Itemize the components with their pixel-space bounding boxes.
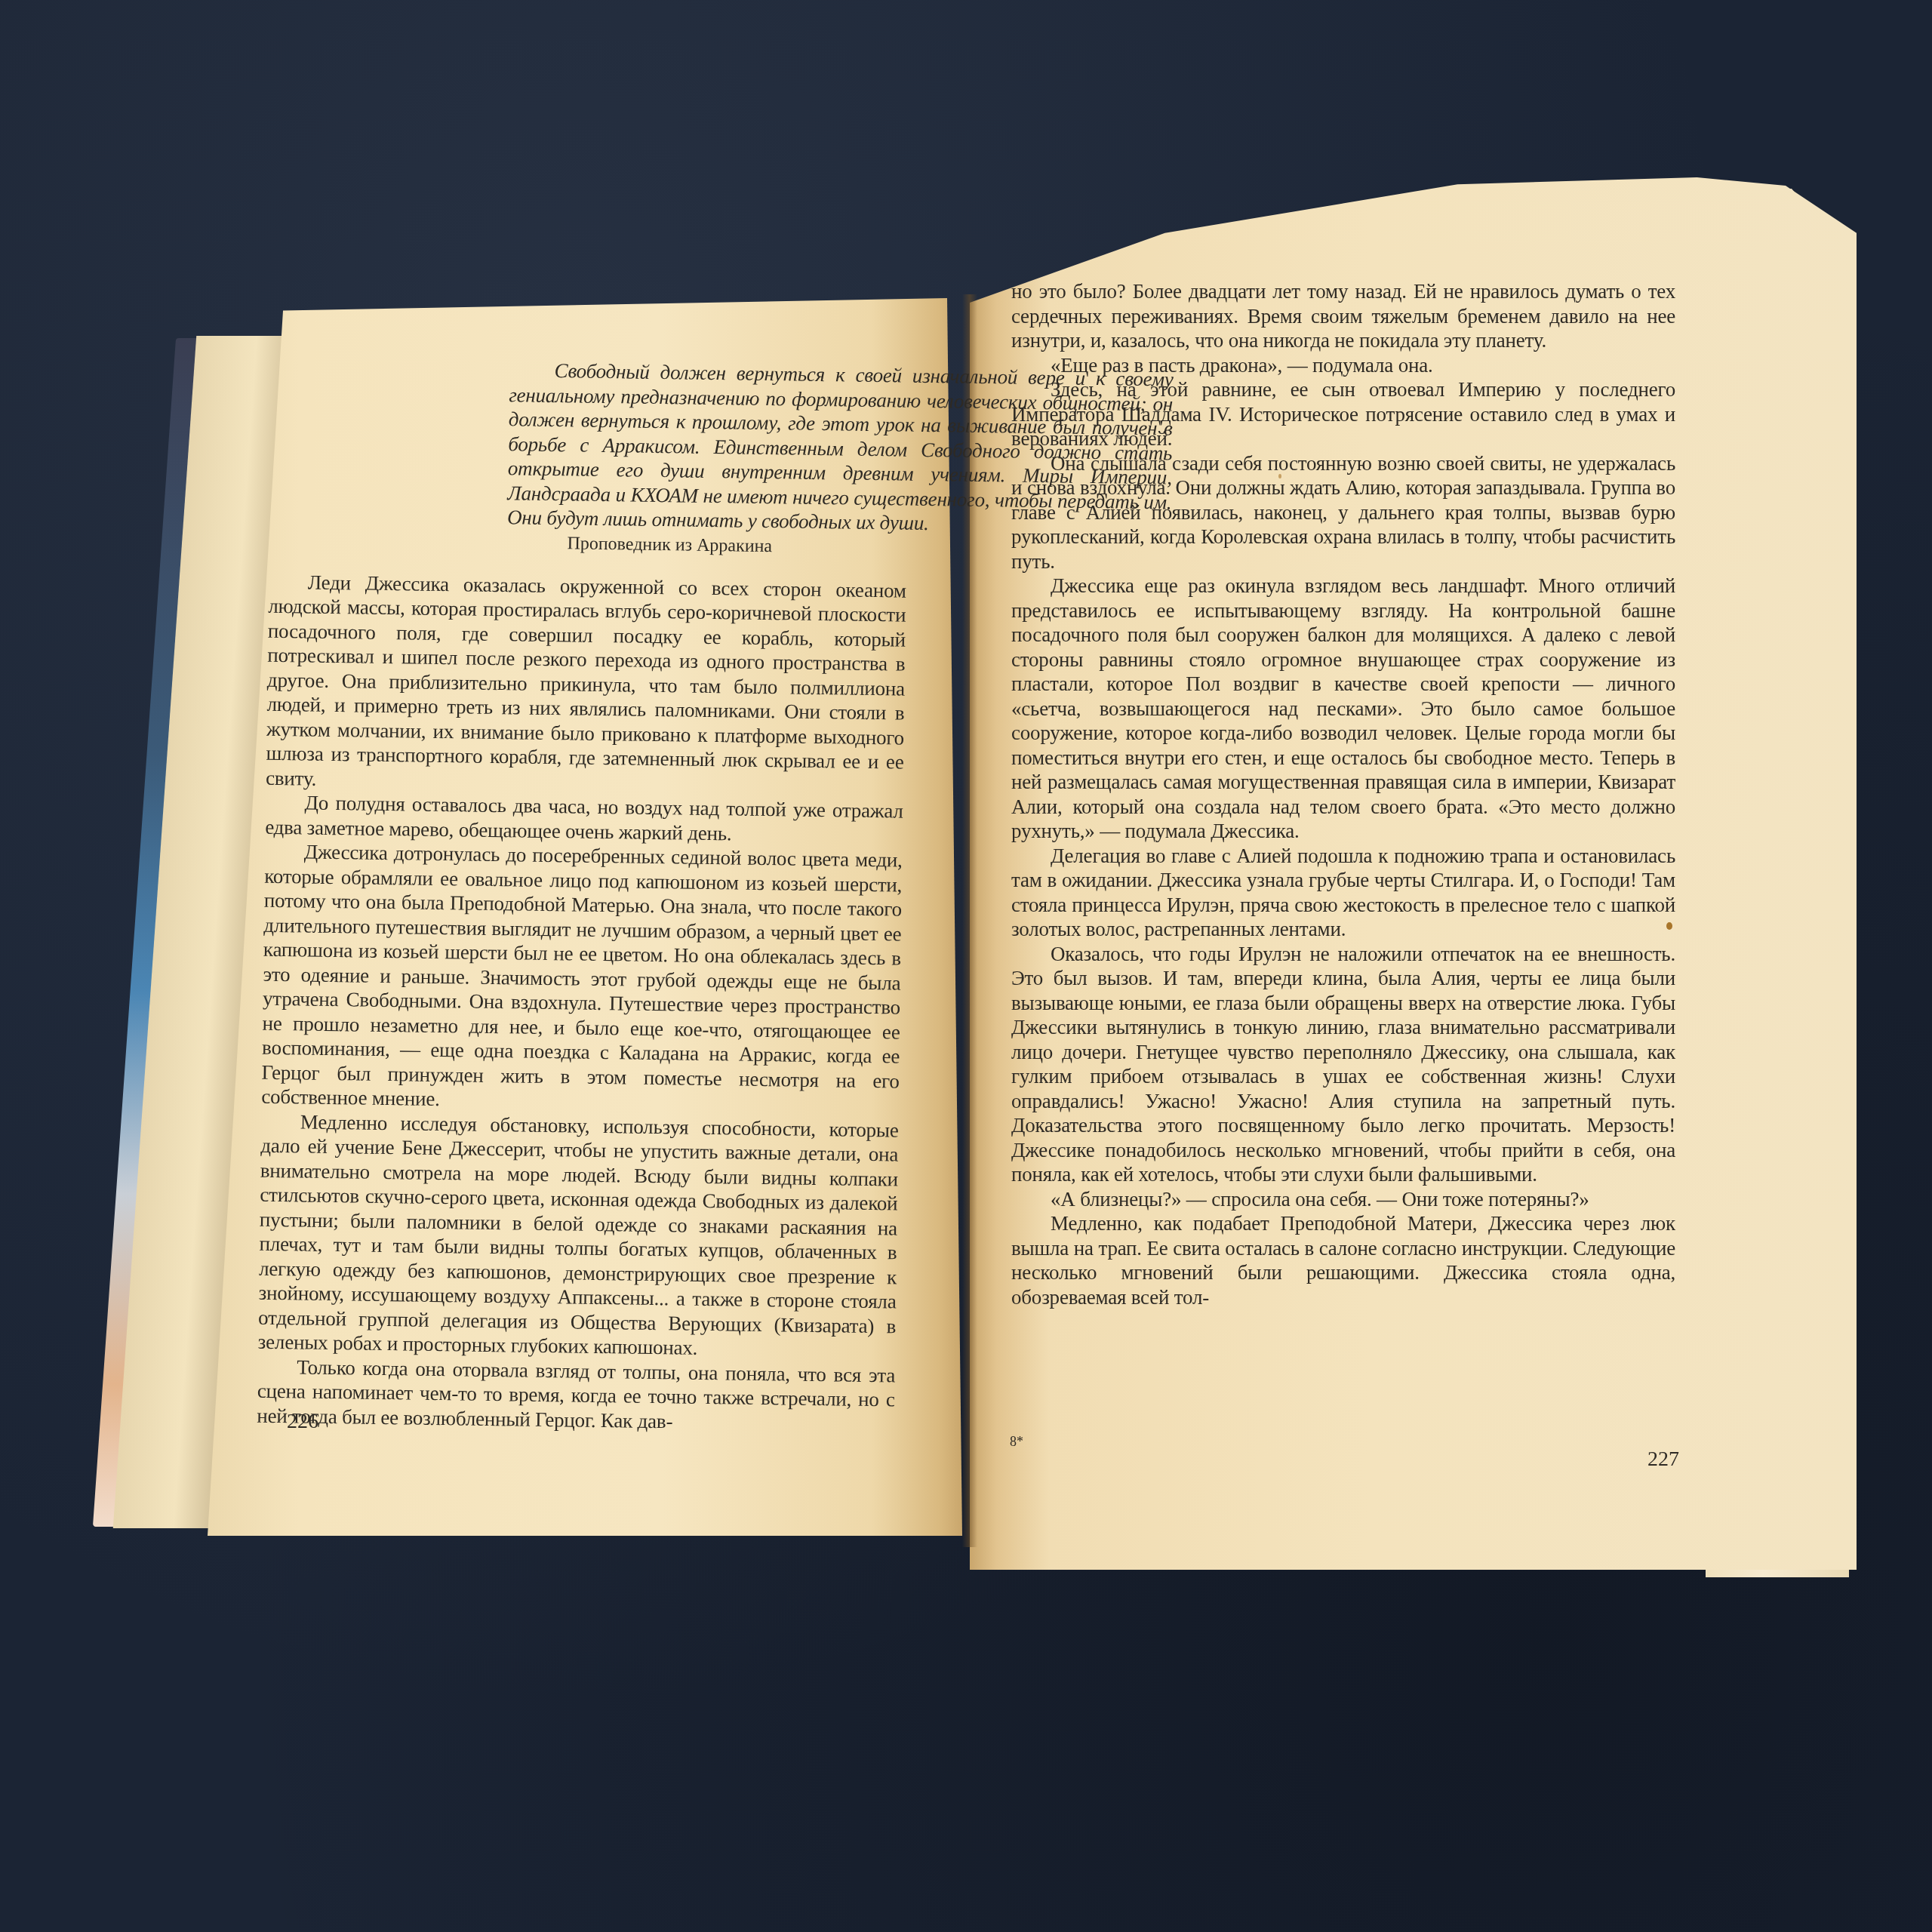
paragraph: «А близнецы?» — спросила она себя. — Они… — [1011, 1187, 1675, 1212]
paragraph: Здесь, на этой равнине, ее сын отвоевал … — [1011, 377, 1675, 451]
paper-speck — [1666, 922, 1672, 930]
paragraph: Медленно, как подабает Преподобной Матер… — [1011, 1211, 1675, 1309]
epigraph-source: Проповедник из Арракина — [567, 534, 925, 559]
right-page-body: но это было? Более двадцати лет тому наз… — [1011, 279, 1675, 1309]
photo-scene: Свободный должен вернуться к своей изнач… — [0, 0, 1932, 1932]
paragraph: Она слышала сзади себя постоянную возню … — [1011, 451, 1675, 574]
paragraph: Делегация во главе с Алией подошла к под… — [1011, 844, 1675, 942]
right-page-content: но это было? Более двадцати лет тому наз… — [1011, 279, 1675, 1309]
paper-speck — [1278, 474, 1281, 478]
paragraph: Медленно исследуя обстановку, используя … — [258, 1109, 899, 1363]
signature-mark: 8* — [1010, 1434, 1023, 1450]
paragraph: Оказалось, что годы Ирулэн не наложили о… — [1011, 942, 1675, 1187]
paragraph: «Еще раз в пасть дракона», — подумала он… — [1011, 353, 1675, 378]
left-page-content: Свободный должен вернуться к своей изнач… — [264, 355, 943, 1437]
page-number-right: 227 — [1647, 1447, 1679, 1472]
paragraph: Джессика дотронулась до посеребренных се… — [261, 839, 903, 1118]
paragraph: Джессика еще раз окинула взглядом весь л… — [1011, 574, 1675, 844]
paragraph: До полудня оставалось два часа, но возду… — [265, 790, 903, 848]
epigraph: Свободный должен вернуться к своей изнач… — [506, 358, 928, 558]
paragraph: Леди Джессика оказалась окруженной со вс… — [266, 569, 906, 798]
page-number-left: 226 — [287, 1410, 318, 1434]
left-page-body: Леди Джессика оказалась окруженной со вс… — [257, 569, 906, 1436]
paragraph: Только когда она оторвала взгляд от толп… — [257, 1354, 895, 1436]
paragraph: но это было? Более двадцати лет тому наз… — [1011, 279, 1675, 353]
